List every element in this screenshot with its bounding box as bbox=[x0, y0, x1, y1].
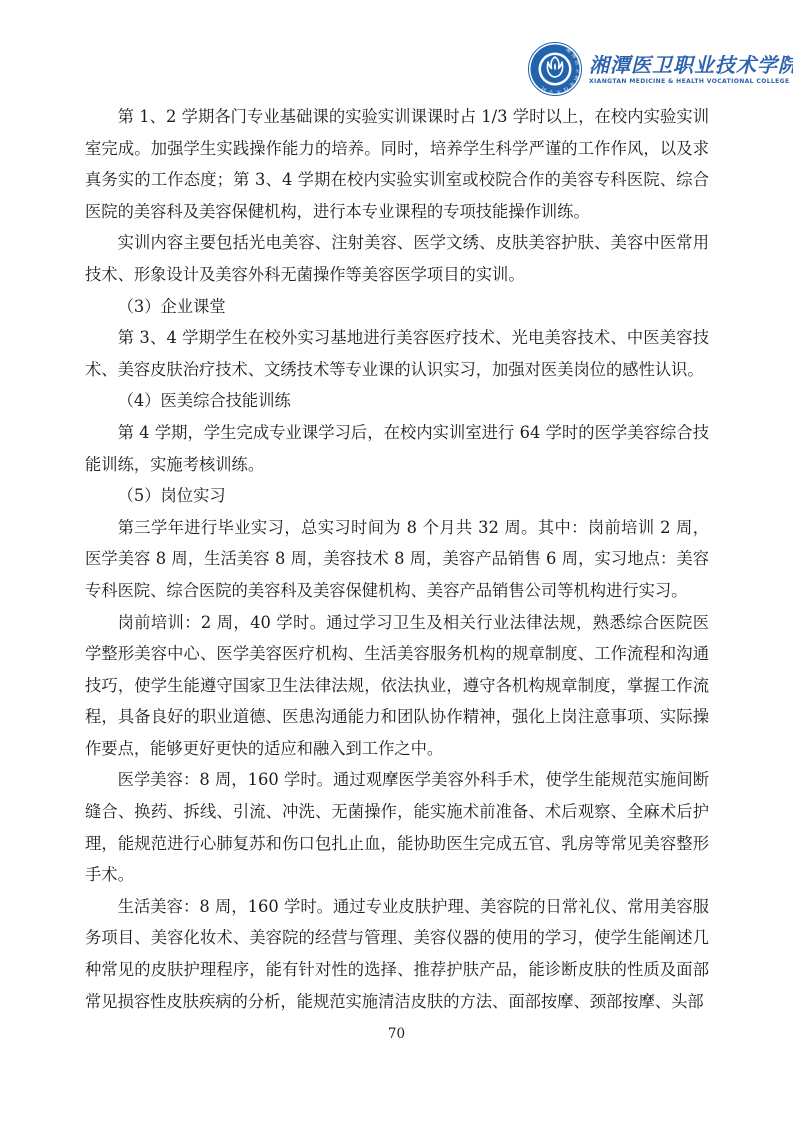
document-body: 第 1、2 学期各门专业基础课的实验实训课课时占 1/3 学时以上，在校内实验实… bbox=[85, 101, 709, 1017]
page-number: 70 bbox=[0, 1026, 793, 1042]
paragraph-training-content: 实训内容主要包括光电美容、注射美容、医学文绣、皮肤美容护肤、美容中医常用技术、形… bbox=[85, 227, 709, 290]
heading-enterprise-classroom: （3）企业课堂 bbox=[85, 291, 709, 323]
paragraph-pre-post-training: 岗前培训：2 周，40 学时。通过学习卫生及相关行业法律法规，熟悉综合医院医学整… bbox=[85, 607, 709, 765]
college-logo: 湘潭医卫职业技术学院 湘潭医卫职业技术学院 XIANGTAN MEDICINE … bbox=[528, 42, 793, 96]
heading-post-internship: （5）岗位实习 bbox=[85, 480, 709, 512]
paragraph-internship-schedule: 第三学年进行毕业实习，总实习时间为 8 个月共 32 周。其中：岗前培训 2 周… bbox=[85, 512, 709, 607]
paragraph-comprehensive-skill-training: 第 4 学期，学生完成专业课学习后，在校内实训室进行 64 学时的医学美容综合技… bbox=[85, 417, 709, 480]
college-name-zh: 湘潭医卫职业技术学院 bbox=[589, 53, 793, 77]
heading-comprehensive-skill-training: （4）医美综合技能训练 bbox=[85, 385, 709, 417]
college-name-block: 湘潭医卫职业技术学院 XIANGTAN MEDICINE & HEALTH VO… bbox=[589, 53, 793, 85]
paragraph-practical-training-semesters: 第 1、2 学期各门专业基础课的实验实训课课时占 1/3 学时以上，在校内实验实… bbox=[85, 101, 709, 227]
paragraph-medical-cosmetology: 医学美容：8 周，160 学时。通过观摩医学美容外科手术，使学生能规范实施间断缝… bbox=[85, 764, 709, 890]
paragraph-life-cosmetology: 生活美容：8 周，160 学时。通过专业皮肤护理、美容院的日常礼仪、常用美容服务… bbox=[85, 891, 709, 1017]
paragraph-enterprise-classroom: 第 3、4 学期学生在校外实习基地进行美容医疗技术、光电美容技术、中医美容技术、… bbox=[85, 322, 709, 385]
document-page: 湘潭医卫职业技术学院 湘潭医卫职业技术学院 XIANGTAN MEDICINE … bbox=[0, 0, 793, 1122]
college-emblem-icon: 湘潭医卫职业技术学院 bbox=[528, 42, 582, 96]
college-name-en: XIANGTAN MEDICINE & HEALTH VOCATIONAL CO… bbox=[589, 78, 793, 85]
